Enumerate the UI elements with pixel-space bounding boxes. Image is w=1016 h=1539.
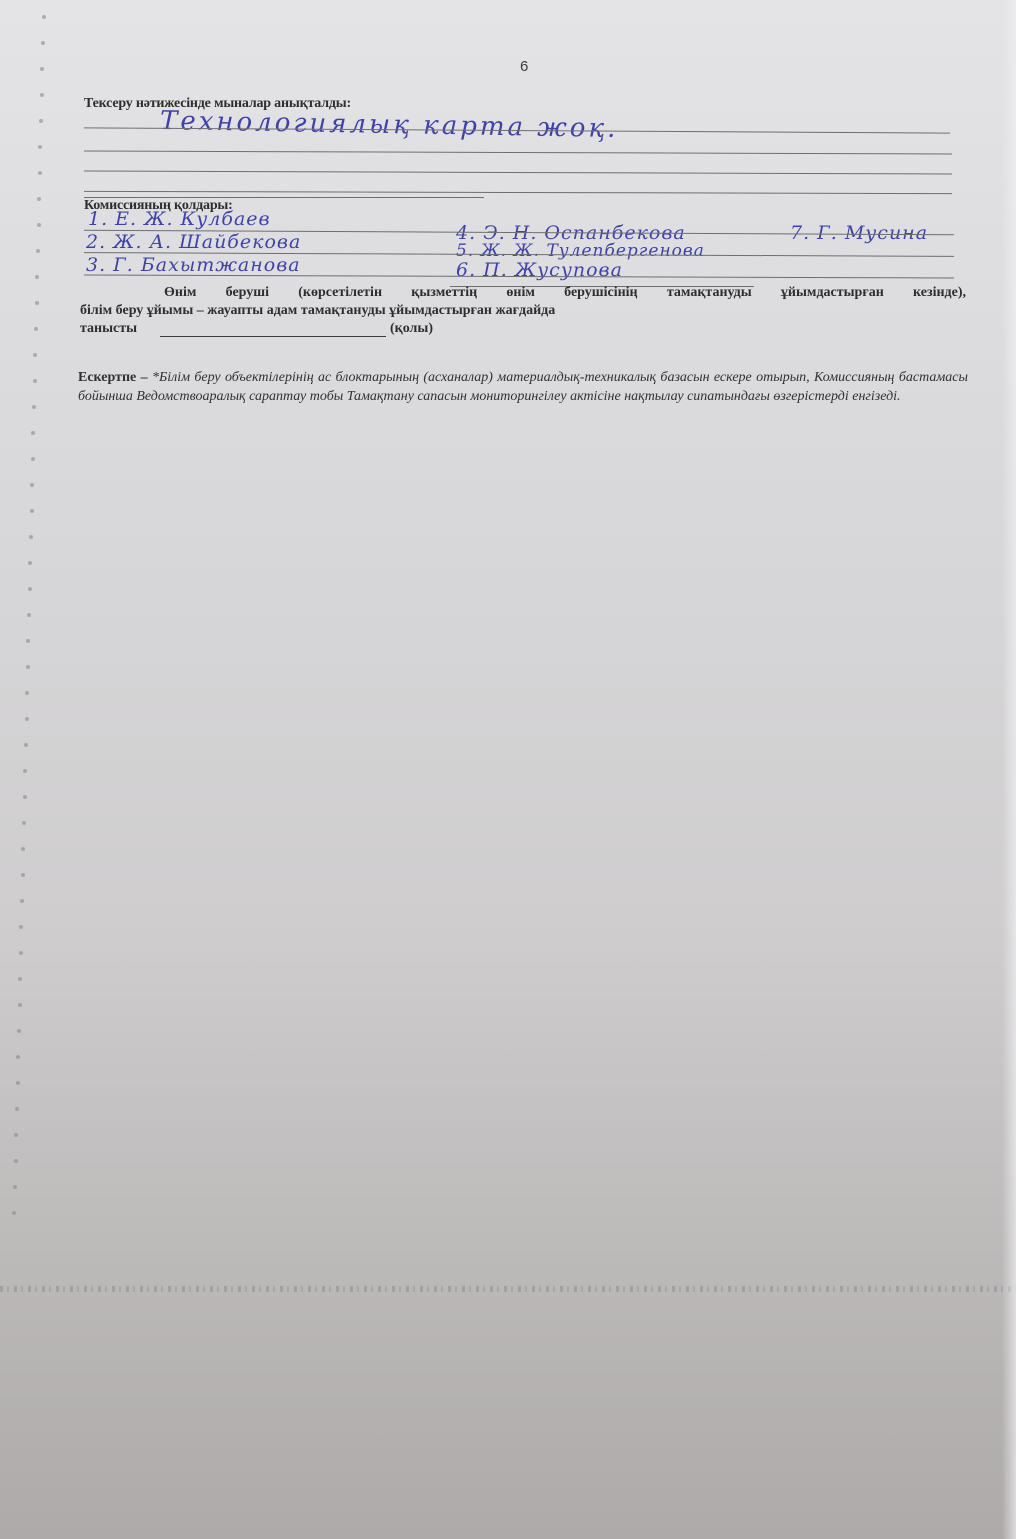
binding-hole-mark [20, 899, 24, 903]
signature-label: (қолы) [390, 320, 433, 338]
signature-3: 3. Г. Бахытжанова [86, 254, 301, 276]
binding-hole-mark [38, 171, 42, 175]
binding-hole-mark [18, 1003, 22, 1007]
binding-hole-mark [32, 405, 36, 409]
binding-hole-mark [25, 717, 29, 721]
signature-5: 5. Ж. Ж. Тулепбергенова [456, 241, 705, 261]
binding-hole-mark [29, 535, 33, 539]
binding-hole-mark [16, 1055, 20, 1059]
binding-hole-mark [40, 67, 44, 71]
binding-hole-mark [30, 509, 34, 513]
binding-hole-mark [33, 379, 37, 383]
signature-1: 1. Е. Ж. Кулбаев [88, 208, 271, 230]
binding-hole-mark [23, 769, 27, 773]
supplier-line-1: Өнім беруші (көрсетілетін қызметтің өнім… [164, 284, 966, 302]
binding-hole-mark [37, 223, 41, 227]
binding-hole-mark [21, 847, 25, 851]
binding-hole-mark [36, 249, 40, 253]
binding-hole-mark [28, 587, 32, 591]
binding-hole-mark [19, 925, 23, 929]
binding-hole-mark [12, 1211, 16, 1215]
binding-hole-mark [35, 275, 39, 279]
binding-hole-mark [17, 1029, 21, 1033]
binding-hole-mark [42, 15, 46, 19]
binding-hole-mark [31, 431, 35, 435]
binding-hole-mark [28, 561, 32, 565]
findings-line-4 [84, 191, 952, 194]
printer-artifact-band [0, 1286, 1016, 1292]
binding-hole-mark [24, 743, 28, 747]
binding-holes [0, 0, 60, 1250]
binding-hole-mark [30, 483, 34, 487]
binding-hole-mark [26, 639, 30, 643]
binding-hole-mark [13, 1185, 17, 1189]
binding-hole-mark [38, 145, 42, 149]
binding-hole-mark [27, 613, 31, 617]
binding-hole-mark [22, 821, 26, 825]
binding-hole-mark [41, 41, 45, 45]
findings-line-3 [84, 170, 952, 174]
binding-hole-mark [37, 197, 41, 201]
binding-hole-mark [18, 977, 22, 981]
page-number: 6 [520, 58, 528, 75]
binding-hole-mark [33, 353, 37, 357]
binding-hole-mark [15, 1107, 19, 1111]
note-paragraph: Ескертпе – *Білім беру объектілерінің ас… [78, 368, 968, 406]
binding-hole-mark [25, 691, 29, 695]
scanned-document-page: 6 Тексеру нәтижесінде мыналар анықталды:… [0, 0, 1016, 1539]
signature-6: 6. П. Жусупова [456, 259, 623, 281]
acquainted-label: танысты [80, 320, 137, 338]
binding-hole-mark [40, 93, 44, 97]
binding-hole-mark [14, 1159, 18, 1163]
binding-hole-mark [35, 301, 39, 305]
note-text: *Білім беру объектілерінің ас блоктарыны… [78, 370, 968, 404]
note-lead: Ескертпе – [78, 370, 148, 385]
page-edge [1002, 0, 1016, 1539]
binding-hole-mark [19, 951, 23, 955]
binding-hole-mark [34, 327, 38, 331]
findings-handwritten-text: Технологиялық карта жоқ. [160, 106, 619, 144]
binding-hole-mark [23, 795, 27, 799]
binding-hole-mark [31, 457, 35, 461]
findings-line-2 [84, 150, 952, 154]
acquainted-signature-line [160, 336, 386, 337]
binding-hole-mark [16, 1081, 20, 1085]
signature-2: 2. Ж. А. Шайбекова [86, 231, 301, 253]
binding-hole-mark [14, 1133, 18, 1137]
supplier-line-2: білім беру ұйымы – жауапты адам тамақтан… [80, 302, 555, 320]
binding-hole-mark [26, 665, 30, 669]
binding-hole-mark [21, 873, 25, 877]
binding-hole-mark [39, 119, 43, 123]
